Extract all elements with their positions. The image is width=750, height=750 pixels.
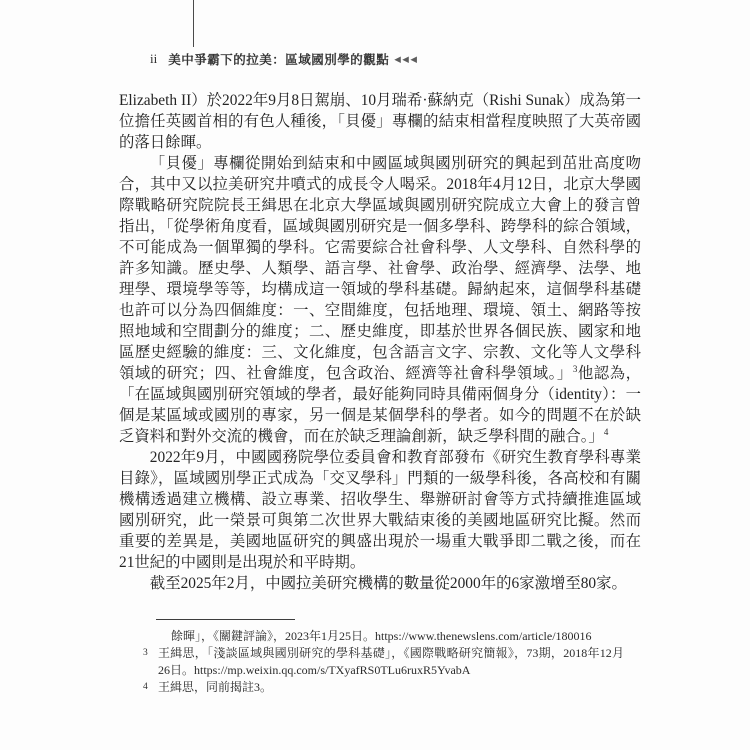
footnote-url: https://www.thenewslens.com/article/1800… [375, 629, 592, 643]
paragraph-text: 2022年9月，中國國務院學位委員會和教育部發布《研究生教育學科專業目錄》，區域… [119, 449, 641, 571]
footnote-list: 餘暉」，《關鍵評論》，2023年1月25日。https://www.thenew… [119, 628, 624, 696]
paragraph: 「貝優」專欄從開始到結束和中國區域與國別研究的興起到茁壯高度吻合，其中又以拉美研… [119, 153, 641, 447]
paragraph: Elizabeth II）於2022年9月8日駕崩、10月瑞希·蘇納克（Rish… [119, 90, 641, 153]
paragraph-text: 「貝優」專欄從開始到結束和中國區域與國別研究的興起到茁壯高度吻合，其中又以拉美研… [119, 155, 641, 382]
footnote-ref: 4 [604, 427, 609, 437]
footnote-text: 餘暉」，《關鍵評論》，2023年1月25日。 [171, 629, 375, 643]
header-arrows-icon: ◀◀◀ [394, 54, 418, 65]
paragraph: 2022年9月，中國國務院學位委員會和教育部發布《研究生教育學科專業目錄》，區域… [119, 447, 641, 573]
running-header: ii 美中爭霸下的拉美：區域國別學的觀點 ◀◀◀ [150, 50, 418, 68]
footnote-text: 王緝思，同前揭註3。 [158, 680, 272, 694]
footnote-number: 4 [143, 679, 148, 696]
crop-mark [193, 0, 194, 47]
page-number: ii [150, 51, 157, 67]
footnote: 4王緝思，同前揭註3。 [119, 679, 624, 696]
footnote-url: https://mp.weixin.qq.com/s/TXyafRS0TLu6r… [194, 663, 470, 677]
book-title: 美中爭霸下的拉美：區域國別學的觀點 [168, 50, 389, 68]
paragraph-text: Elizabeth II）於2022年9月8日駕崩、10月瑞希·蘇納克（Rish… [119, 92, 641, 151]
paragraph: 截至2025年2月，中國拉美研究機構的數量從2000年的6家激增至80家。 [119, 573, 641, 594]
footnote: 3王緝思，「淺談區域與國別研究的學科基礎」，《國際戰略研究簡報》，73期，201… [119, 645, 624, 679]
footnotes: 餘暉」，《關鍵評論》，2023年1月25日。https://www.thenew… [119, 611, 624, 696]
paragraph-text: 截至2025年2月，中國拉美研究機構的數量從2000年的6家激增至80家。 [150, 575, 627, 592]
footnote-separator [156, 619, 295, 620]
footnote: 餘暉」，《關鍵評論》，2023年1月25日。https://www.thenew… [119, 628, 624, 645]
body-text: Elizabeth II）於2022年9月8日駕崩、10月瑞希·蘇納克（Rish… [119, 90, 641, 594]
footnote-number: 3 [143, 645, 148, 662]
